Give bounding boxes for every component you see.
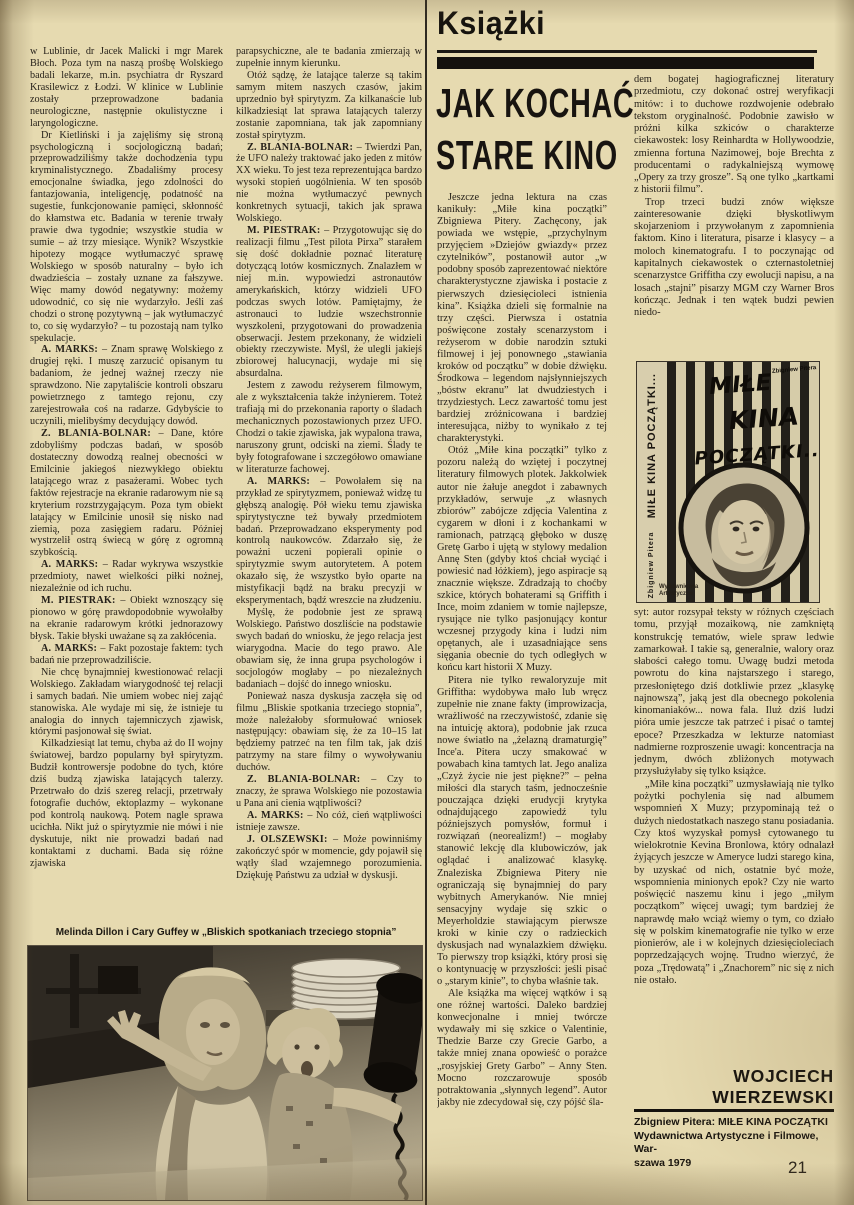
magazine-page: w Lublinie, dr Jacek Malicki i mgr Marek… — [0, 0, 854, 1205]
paragraph: dem bogatej hagiograficznej literatury p… — [634, 74, 834, 197]
review-column-2-bottom: syt: autor rozsypał teksty w różnych czę… — [634, 607, 834, 1063]
interview-column-2: parapsychiczne, ale te badania zmierzają… — [236, 46, 422, 928]
paragraph: M. PIESTRAK: – Przygotowując się do real… — [236, 225, 422, 380]
paragraph: Ale książka ma więcej wątków i są one ró… — [437, 988, 607, 1109]
paragraph: A. MARKS: – No cóż, cień wątpliwości ist… — [236, 810, 422, 834]
interview-column-1: w Lublinie, dr Jacek Malicki i mgr Marek… — [30, 46, 223, 928]
column-divider-rule — [425, 0, 427, 1205]
section-title: Książki — [437, 5, 545, 42]
author-byline: WOJCIECH WIERZEWSKI — [634, 1066, 834, 1107]
cover-spine-title: MIŁE KINA POCZĄTKI... — [646, 373, 658, 518]
photo-caption: Melinda Dillon i Cary Guffey w „Bliskich… — [30, 927, 422, 938]
paragraph: w Lublinie, dr Jacek Malicki i mgr Marek… — [30, 46, 223, 130]
article-headline-line2: STARE KINO — [436, 132, 618, 179]
paragraph: Z. BLANIA-BOLNAR: – Twierdzi Pan, że UFO… — [236, 142, 422, 226]
review-column-1: Jeszcze jedna lektura na czas kanikuły: … — [437, 192, 607, 1200]
paragraph: A. MARKS: – Fakt pozostaje faktem: tych … — [30, 643, 223, 667]
paragraph: Myślę, że podobnie jest ze sprawą Wolski… — [236, 607, 422, 691]
paragraph: Jeszcze jedna lektura na czas kanikuły: … — [437, 192, 607, 445]
paragraph: J. OLSZEWSKI: – Może powinniśmy zakończy… — [236, 834, 422, 882]
paragraph: parapsychiczne, ale te badania zmierzają… — [236, 46, 422, 70]
article-headline-line1: JAK KOCHAĆ — [436, 80, 634, 127]
paragraph: Ponieważ nasza dyskusja zaczęła się od f… — [236, 691, 422, 775]
paragraph: M. PIESTRAK: – Obiekt wznoszący się pion… — [30, 595, 223, 643]
paragraph: Z. BLANIA-BOLNAR: – Czy to znaczy, że sp… — [236, 774, 422, 810]
paragraph: Kilkadziesiąt lat temu, chyba aż do II w… — [30, 738, 223, 869]
paragraph: A. MARKS: – Powołałem się na przykład ze… — [236, 476, 422, 607]
paragraph: Pitera nie tylko rewaloryzuje mit Griffi… — [437, 675, 607, 989]
paragraph: Dr Kietliński i ja zajęliśmy się stroną … — [30, 130, 223, 345]
paragraph: A. MARKS: – Znam sprawę Wolskiego z drug… — [30, 344, 223, 428]
paragraph: Otóż sądzę, że latające talerze są takim… — [236, 70, 422, 142]
paragraph: A. MARKS: – Radar wykrywa wszystkie prze… — [30, 559, 223, 595]
film-still-photo — [28, 946, 422, 1200]
cover-publisher-text: Wydawnictwa Artystyczne — [659, 584, 698, 598]
credit-rule — [634, 1109, 834, 1112]
paragraph: Jestem z zawodu reżyserem filmowym, ale … — [236, 380, 422, 476]
film-still-illustration — [28, 946, 422, 1200]
cover-title-word-2: KINA — [727, 402, 800, 436]
paragraph: Trop trzeci budzi znów większe zainteres… — [634, 197, 834, 320]
book-cover-image: Zbigniew Pitera MIŁE KINA POCZĄTKI... MI… — [637, 362, 819, 602]
cover-portrait-medallion — [678, 462, 810, 594]
page-number: 21 — [788, 1158, 807, 1178]
header-thick-bar — [437, 57, 814, 69]
header-thin-rule — [437, 50, 817, 53]
cover-title-word-1: MIŁE — [707, 370, 772, 400]
cover-spine: Zbigniew Pitera MIŁE KINA POCZĄTKI... — [637, 362, 667, 602]
paragraph: Nie chcę bynajmniej kwestionować relacji… — [30, 667, 223, 739]
review-column-2-top: dem bogatej hagiograficznej literatury p… — [634, 74, 834, 354]
cover-spine-author: Zbigniew Pitera — [648, 531, 655, 598]
paragraph: „Miłe kina początki” uzmysławiają nie ty… — [634, 779, 834, 988]
paragraph: Z. BLANIA-BOLNAR: – Dane, które zdobyliś… — [30, 428, 223, 559]
paragraph: Otóż „Miłe kina początki” tylko z pozoru… — [437, 445, 607, 674]
paragraph: syt: autor rozsypał teksty w różnych czę… — [634, 607, 834, 779]
